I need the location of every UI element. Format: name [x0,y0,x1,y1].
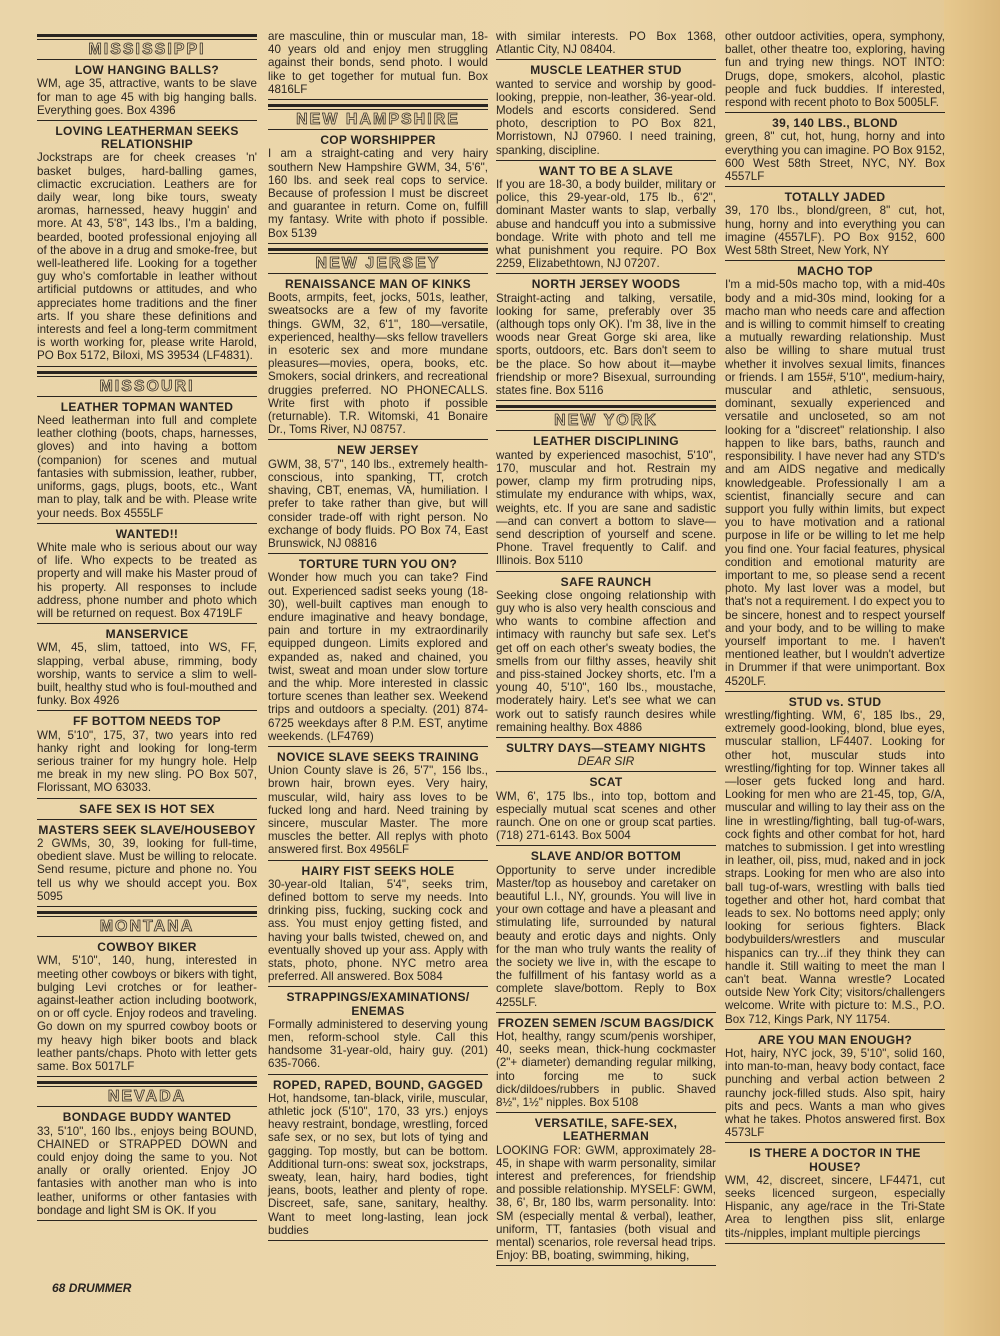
double-rule [268,248,488,254]
ad-title: COWBOY BIKER [37,941,257,954]
ad-body: Hot, handsome, tan-black, virile, muscul… [268,1092,488,1237]
ad-title: LEATHER TOPMAN WANTED [37,401,257,414]
classified-ad: LOW HANGING BALLS?WM, age 35, attractive… [37,64,257,117]
column-1: MISSISSIPPILOW HANGING BALLS?WM, age 35,… [37,30,257,1224]
double-rule [37,34,257,40]
classified-ad: VERSATILE, SAFE-SEX, LEATHERMANLOOKING F… [496,1117,716,1262]
rule [37,1106,257,1107]
classified-ad: SCATWM, 6', 175 lbs., into top, bottom a… [496,776,716,842]
classified-ad: STUD vs. STUDwrestling/fighting. WM, 6',… [725,696,945,1026]
rule [725,691,945,692]
ad-subtitle: DEAR SIR [496,755,716,768]
ad-title: ROPED, RAPED, BOUND, GAGGED [268,1079,488,1092]
classified-ad: WANTED!!White male who is serious about … [37,528,257,620]
classified-ad: LOVING LEATHERMAN SEEKS RELATIONSHIPJock… [37,125,257,363]
ad-body: Opportunity to serve under incredible Ma… [496,864,716,1009]
classified-ad: HAIRY FIST SEEKS HOLE30-year-old Italian… [268,865,488,984]
ad-title: SCAT [496,776,716,789]
ad-body: Seeking close ongoing relationship with … [496,589,716,734]
ad-title: VERSATILE, SAFE-SEX, LEATHERMAN [496,1117,716,1143]
classified-ad: COP WORSHIPPERI am a straight-cating and… [268,134,488,240]
rule [725,186,945,187]
ad-title: FROZEN SEMEN /SCUM BAGS/DICK [496,1017,716,1030]
classified-ad: NORTH JERSEY WOODSStraight-acting and ta… [496,278,716,397]
rule [268,99,488,100]
ad-title: TOTALLY JADED [725,191,945,204]
state-heading: NEVADA [37,1090,257,1103]
ad-title: IS THERE A DOCTOR IN THE HOUSE? [725,1147,945,1173]
ad-title: LOW HANGING BALLS? [37,64,257,77]
ad-title: SAFE SEX IS HOT SEX [37,803,257,816]
state-heading: NEW JERSEY [268,257,488,270]
rule [37,1220,257,1221]
classified-ad: LEATHER DISCIPLININGwanted by experience… [496,435,716,567]
rule [496,430,716,431]
ad-body: wanted to service and worship by good-lo… [496,78,716,157]
ad-title: STRAPPINGS/EXAMINATIONS/ ENEMAS [268,991,488,1017]
ad-body: green, 8" cut, hot, hung, horny and into… [725,130,945,183]
classified-ad: MASTERS SEEK SLAVE/HOUSEBOY2 GWMs, 30, 3… [37,824,257,903]
classified-ad: NOVICE SLAVE SEEKS TRAININGUnion County … [268,751,488,857]
classified-ad: SLAVE AND/OR BOTTOMOpportunity to serve … [496,850,716,1008]
state-heading: NEW HAMPSHIRE [268,113,488,126]
ad-title: FF BOTTOM NEEDS TOP [37,715,257,728]
rule [496,1012,716,1013]
ad-title: LEATHER DISCIPLINING [496,435,716,448]
continued-text: are masculine, thin or muscular man, 18-… [268,30,488,96]
ad-title: MANSERVICE [37,628,257,641]
double-rule [496,405,716,411]
ad-title: SAFE RAUNCH [496,576,716,589]
ad-title: NOVICE SLAVE SEEKS TRAINING [268,751,488,764]
ad-title: COP WORSHIPPER [268,134,488,147]
rule [37,936,257,937]
rule [268,273,488,274]
rule [496,400,716,401]
ad-body: 39, 170 lbs., blond/green, 8" cut, hot, … [725,204,945,257]
rule [37,523,257,524]
rule [725,1142,945,1143]
ad-body: wanted by experienced masochist, 5'10", … [496,449,716,568]
rule [37,798,257,799]
ad-title: LOVING LEATHERMAN SEEKS RELATIONSHIP [37,125,257,151]
ad-body: wrestling/fighting. WM, 6', 185 lbs., 29… [725,709,945,1026]
rule [725,112,945,113]
rule [725,1029,945,1030]
rule [268,553,488,554]
classified-ad: LEATHER TOPMAN WANTEDNeed leatherman int… [37,401,257,520]
ad-body: Boots, armpits, feet, jocks, 501s, leath… [268,291,488,436]
ad-title: STUD vs. STUD [725,696,945,709]
rule [496,160,716,161]
rule [496,273,716,274]
double-rule [268,104,488,110]
classified-ad: ROPED, RAPED, BOUND, GAGGEDHot, handsome… [268,1079,488,1237]
ad-body: WM, 42, discreet, sincere, LF4471, cut s… [725,1174,945,1240]
classified-ad: SULTRY DAYS—STEAMY NIGHTSDEAR SIR [496,742,716,768]
rule [37,59,257,60]
classified-ad: NEW JERSEYGWM, 38, 5'7", 140 lbs., extre… [268,444,488,550]
rule [37,623,257,624]
state-heading: MISSOURI [37,380,257,393]
classified-ad: MUSCLE LEATHER STUDwanted to service and… [496,64,716,156]
state-heading: MONTANA [37,920,257,933]
double-rule [37,1081,257,1087]
ad-body: WM, 45, slim, tattoed, into WS, FF, slap… [37,641,257,707]
ad-title: ARE YOU MAN ENOUGH? [725,1034,945,1047]
ad-body: LOOKING FOR: GWM, approximately 28-45, i… [496,1144,716,1263]
ad-body: 30-year-old Italian, 5'4", seeks trim, d… [268,878,488,984]
ad-body: WM, 6', 175 lbs., into top, bottom and e… [496,790,716,843]
ad-body: I am a straight-cating and very hairy so… [268,147,488,239]
rule [268,243,488,244]
ad-body: WM, age 35, attractive, wants to be slav… [37,77,257,117]
continued-text: other outdoor activities, opera, symphon… [725,30,945,109]
ad-body: I'm a mid-50s macho top, with a mid-40s … [725,278,945,687]
ad-title: BONDAGE BUDDY WANTED [37,1111,257,1124]
ad-title: HAIRY FIST SEEKS HOLE [268,865,488,878]
ad-title: SLAVE AND/OR BOTTOM [496,850,716,863]
publication-name: DRUMMER [69,1281,132,1295]
classified-ad: FF BOTTOM NEEDS TOPWM, 5'10", 175, 37, t… [37,715,257,794]
classified-ad: BONDAGE BUDDY WANTED33, 5'10", 160 lbs.,… [37,1111,257,1217]
rule [496,571,716,572]
rule [37,396,257,397]
classified-ad: TORTURE TURN YOU ON?Wonder how much you … [268,558,488,743]
column-4: other outdoor activities, opera, symphon… [725,30,945,1247]
ad-title: 39, 140 LBS., BLOND [725,117,945,130]
double-rule [37,911,257,917]
rule [725,1243,945,1244]
classified-ad: SAFE RAUNCHSeeking close ongoing relatio… [496,576,716,734]
page-footer: 68 DRUMMER [52,1281,131,1295]
rule [496,737,716,738]
rule [268,1074,488,1075]
classified-ad: SAFE SEX IS HOT SEX [37,803,257,816]
classified-ad: MANSERVICEWM, 45, slim, tattoed, into WS… [37,628,257,707]
rule [268,439,488,440]
rule [725,260,945,261]
column-3: with similar interests. PO Box 1368, Atl… [496,30,716,1269]
rule [37,819,257,820]
ad-body: Straight-acting and talking, versatile, … [496,292,716,398]
ad-title: RENAISSANCE MAN OF KINKS [268,278,488,291]
ad-title: NEW JERSEY [268,444,488,457]
rule [268,986,488,987]
rule [496,1112,716,1113]
rule [37,120,257,121]
classified-ad: WANT TO BE A SLAVEIf you are 18-30, a bo… [496,165,716,271]
rule [496,59,716,60]
continued-text: with similar interests. PO Box 1368, Atl… [496,30,716,56]
ad-body: WM, 5'10", 175, 37, two years into red h… [37,729,257,795]
ad-body: WM, 5'10", 140, hung, interested in meet… [37,954,257,1073]
ad-body: 2 GWMs, 30, 39, looking for full-time, o… [37,837,257,903]
rule [37,710,257,711]
double-rule [37,371,257,377]
classified-ad: TOTALLY JADED39, 170 lbs., blond/green, … [725,191,945,257]
ad-title: TORTURE TURN YOU ON? [268,558,488,571]
ad-title: WANTED!! [37,528,257,541]
rule [268,860,488,861]
state-heading: NEW YORK [496,414,716,427]
rule [268,129,488,130]
ad-body: Hot, hairy, NYC jock, 39, 5'10", solid 1… [725,1047,945,1139]
ad-body: Need leatherman into full and complete l… [37,414,257,520]
rule [37,366,257,367]
state-heading: MISSISSIPPI [37,43,257,56]
ad-body: If you are 18-30, a body builder, milita… [496,178,716,270]
ad-body: Hot, healthy, rangy scum/penis worshiper… [496,1030,716,1109]
ad-body: White male who is serious about our way … [37,541,257,620]
ad-body: Wonder how much you can take? Find out. … [268,571,488,743]
classified-ad: RENAISSANCE MAN OF KINKSBoots, armpits, … [268,278,488,436]
ad-body: 33, 5'10", 160 lbs., enjoys being BOUND,… [37,1125,257,1217]
classified-ad: ARE YOU MAN ENOUGH?Hot, hairy, NYC jock,… [725,1034,945,1140]
classified-ad: STRAPPINGS/EXAMINATIONS/ ENEMASFormally … [268,991,488,1070]
classified-ad: MACHO TOPI'm a mid-50s macho top, with a… [725,265,945,688]
page-number: 68 [52,1281,65,1295]
rule [496,771,716,772]
ad-title: MUSCLE LEATHER STUD [496,64,716,77]
rule [496,845,716,846]
ad-title: MASTERS SEEK SLAVE/HOUSEBOY [37,824,257,837]
ad-body: GWM, 38, 5'7", 140 lbs., extremely healt… [268,458,488,550]
rule [268,1240,488,1241]
classified-ad: 39, 140 LBS., BLONDgreen, 8" cut, hot, h… [725,117,945,183]
rule [37,1076,257,1077]
ad-title: NORTH JERSEY WOODS [496,278,716,291]
rule [268,746,488,747]
ad-body: Jockstraps are for cheek creases 'n' bas… [37,151,257,362]
classified-ad: FROZEN SEMEN /SCUM BAGS/DICKHot, healthy… [496,1017,716,1109]
ad-body: Union County slave is 26, 5'7", 156 lbs.… [268,764,488,856]
column-2: are masculine, thin or muscular man, 18-… [268,30,488,1244]
classified-ad: IS THERE A DOCTOR IN THE HOUSE?WM, 42, d… [725,1147,945,1239]
rule [496,1265,716,1266]
ad-title: MACHO TOP [725,265,945,278]
rule [37,906,257,907]
classified-ad: COWBOY BIKERWM, 5'10", 140, hung, intere… [37,941,257,1073]
ad-body: Formally administered to deserving young… [268,1018,488,1071]
page-edge [944,0,1000,1336]
ad-title: WANT TO BE A SLAVE [496,165,716,178]
